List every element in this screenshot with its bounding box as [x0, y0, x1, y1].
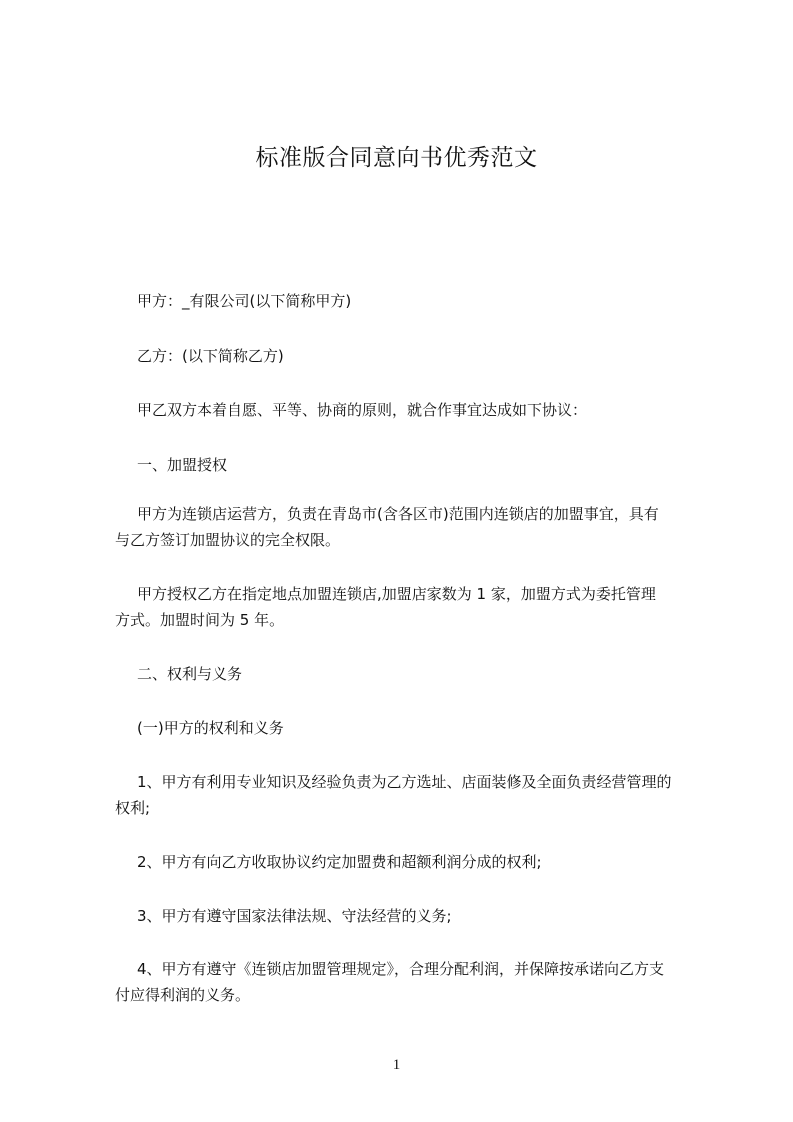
section-1-para-1-line-2: 与乙方签订加盟协议的完全权限。	[115, 530, 340, 550]
section-2-item-2: 2、甲方有向乙方收取协议约定加盟费和超额利润分成的权利;	[137, 852, 542, 872]
section-2-subheading: (一)甲方的权利和义务	[137, 718, 284, 738]
document-title: 标准版合同意向书优秀范文	[0, 141, 793, 175]
section-2-item-4-line-1: 4、甲方有遵守《连锁店加盟管理规定》，合理分配利润，并保障按承诺向乙方支	[137, 959, 664, 979]
section-2-item-3: 3、甲方有遵守国家法律法规、守法经营的义务;	[137, 906, 452, 926]
section-2-item-1-line-1: 1、甲方有利用专业知识及经验负责为乙方选址、店面装修及全面负责经营管理的	[137, 772, 672, 792]
section-2-item-4-line-2: 付应得利润的义务。	[115, 985, 250, 1005]
section-2-item-1-line-2: 权利;	[115, 798, 150, 818]
preamble-paragraph: 甲乙双方本着自愿、平等、协商的原则，就合作事宜达成如下协议：	[137, 400, 587, 420]
section-1-para-2-line-2: 方式。加盟时间为 5 年。	[115, 610, 284, 630]
document-page: 标准版合同意向书优秀范文 甲方：_有限公司(以下简称甲方) 乙方：(以下简称乙方…	[0, 0, 793, 1122]
section-1-para-1-line-1: 甲方为连锁店运营方，负责在青岛市(含各区市)范围内连锁店的加盟事宜，具有	[137, 504, 659, 524]
page-number: 1	[0, 1055, 793, 1075]
party-a-line: 甲方：_有限公司(以下简称甲方)	[137, 291, 351, 311]
section-2-heading: 二、权利与义务	[137, 664, 242, 684]
section-1-heading: 一、加盟授权	[137, 455, 227, 475]
party-b-line: 乙方：(以下简称乙方)	[137, 346, 284, 366]
section-1-para-2-line-1: 甲方授权乙方在指定地点加盟连锁店,加盟店家数为 1 家，加盟方式为委托管理	[137, 584, 656, 604]
